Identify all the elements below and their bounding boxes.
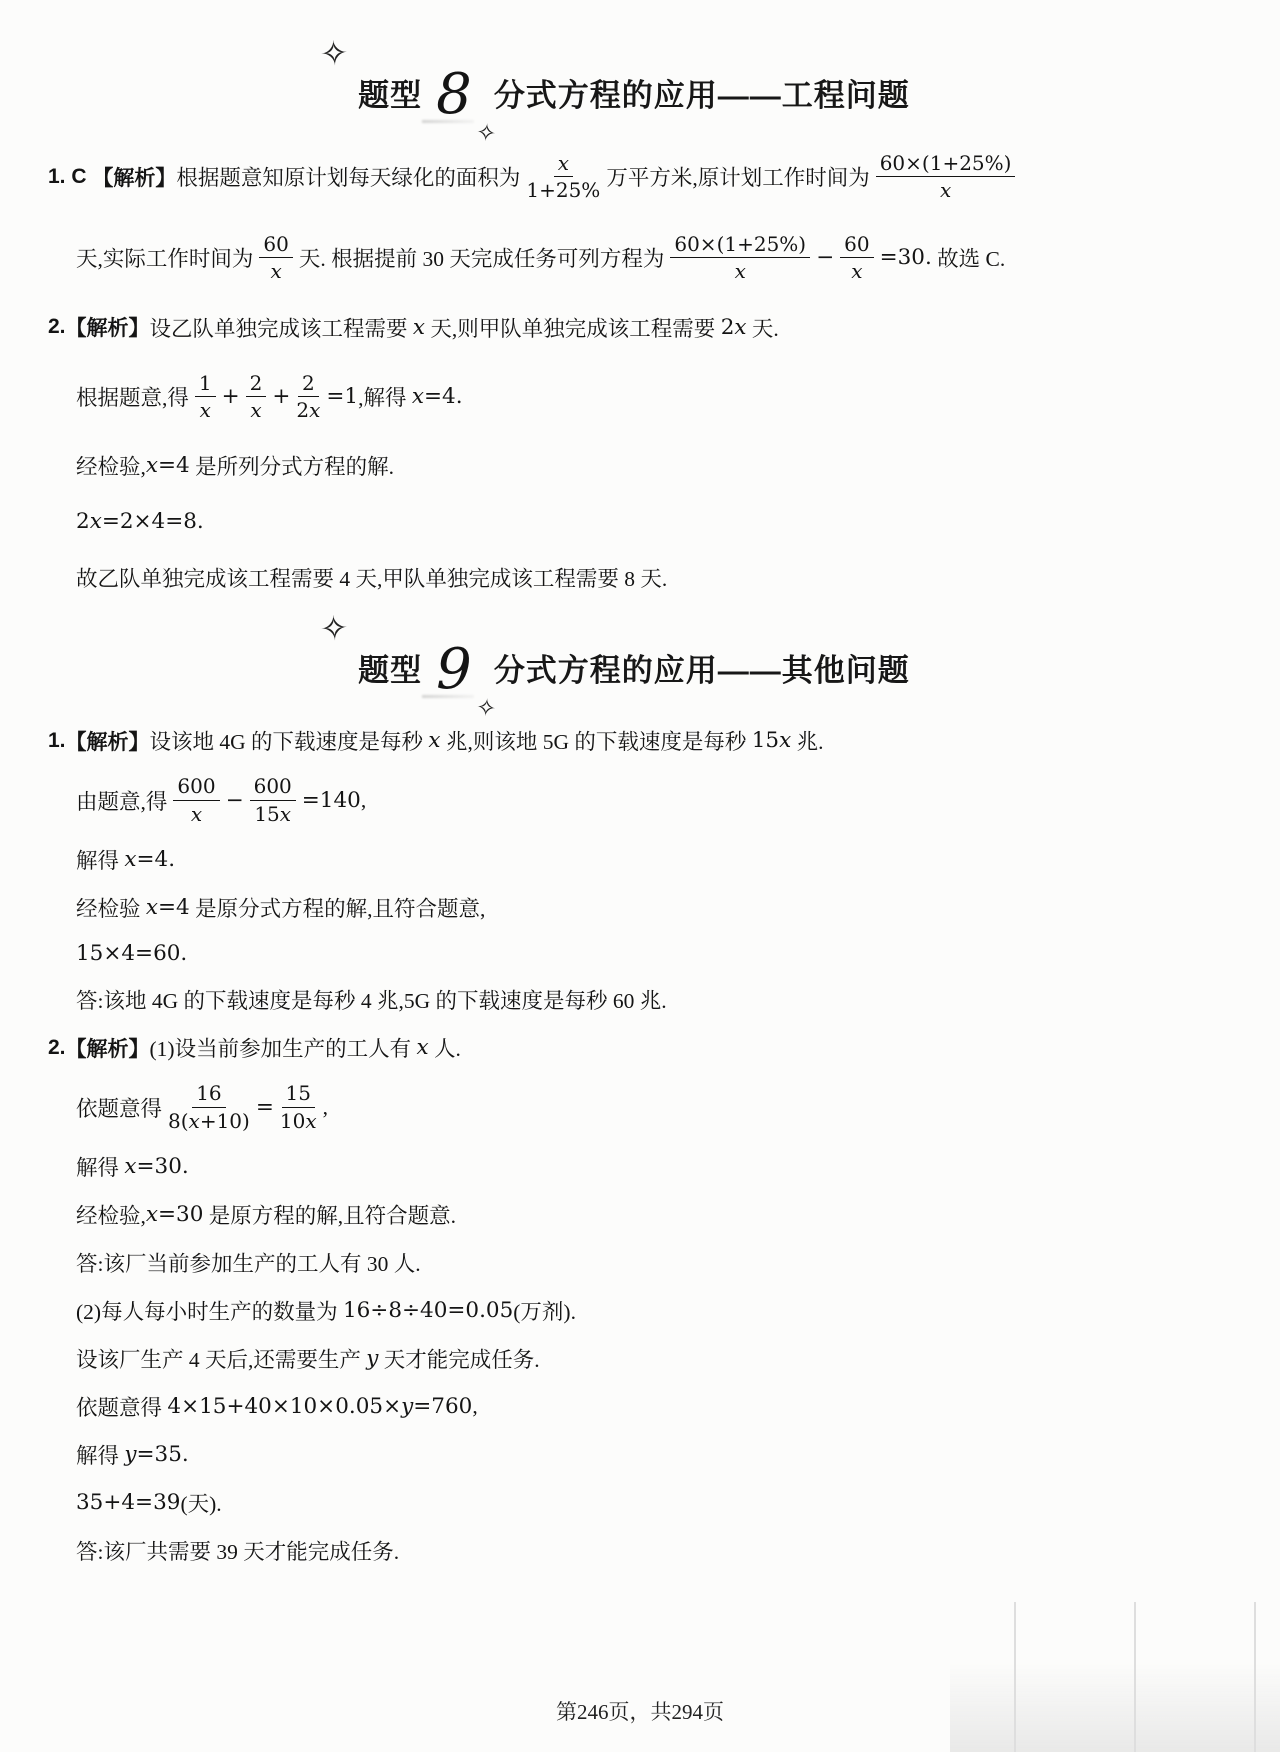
solution-line: 经检验,x=30 是原方程的解,且符合题意. bbox=[48, 1199, 1220, 1230]
solution-line: 1.【解析】设该地 4G 的下载速度是每秒 x 兆,则该地 5G 的下载速度是每… bbox=[48, 725, 1220, 756]
solution-line: 经检验,x=4 是所列分式方程的解. bbox=[48, 450, 1220, 481]
fraction: 168(x+10) bbox=[168, 1081, 250, 1133]
solution-text: 故选 C. bbox=[932, 242, 1005, 273]
fraction: 2x bbox=[246, 371, 267, 423]
solution-text: 天,则甲队单独完成该工程需要 bbox=[425, 312, 721, 343]
solution-text: 设该厂生产 4 天后,还需要生产 bbox=[76, 1343, 366, 1374]
math-text: x=30. bbox=[124, 1154, 188, 1179]
document-page: ✧ ✧ 题型 8 分式方程的应用——工程问题 1. C 【解析】根据题意知原计划… bbox=[0, 0, 1280, 1752]
math-text: 2x bbox=[721, 315, 747, 340]
math-text: 2x=2×4=8. bbox=[76, 509, 204, 534]
solution-text: 1. C bbox=[48, 165, 92, 189]
solution-line: 经检验 x=4 是原分式方程的解,且符合题意, bbox=[48, 892, 1220, 923]
math-text: x bbox=[416, 1035, 428, 1060]
solution-text: (2)每人每小时生产的数量为 bbox=[76, 1295, 343, 1326]
solution-text: 答:该地 4G 的下载速度是每秒 4 兆,5G 的下载速度是每秒 60 兆. bbox=[76, 984, 667, 1015]
solution-text: 1. bbox=[48, 729, 66, 753]
solution-text: 天,实际工作时间为 bbox=[76, 242, 253, 273]
math-text: =30. bbox=[880, 245, 932, 270]
math-text: x=4. bbox=[412, 384, 463, 409]
solution-text: 万平方米,原计划工作时间为 bbox=[606, 161, 869, 192]
solution-text: , bbox=[472, 1394, 477, 1419]
fraction: 600x bbox=[173, 774, 219, 826]
solution-text: 经检验, bbox=[76, 1199, 146, 1230]
solution-text: 是原方程的解,且符合题意. bbox=[203, 1199, 456, 1230]
math-text: y=35. bbox=[124, 1442, 188, 1467]
math-text: + bbox=[272, 384, 290, 409]
fraction: 60x bbox=[259, 232, 292, 284]
math-text: x bbox=[413, 315, 425, 340]
problem-type-9-section: ✧ ✧ 题型 9 分式方程的应用——其他问题 1.【解析】设该地 4G 的下载速… bbox=[48, 639, 1220, 1566]
solution-text: , bbox=[361, 788, 366, 813]
solution-line: 答:该厂当前参加生产的工人有 30 人. bbox=[48, 1247, 1220, 1278]
solution-text: 【解析】 bbox=[66, 312, 150, 342]
section-badge: 题型 bbox=[358, 70, 422, 115]
solution-text: 经检验 bbox=[76, 892, 146, 923]
solution-text: 根据题意,得 bbox=[76, 381, 189, 412]
math-text: − bbox=[226, 788, 244, 813]
solution-text: 答:该厂当前参加生产的工人有 30 人. bbox=[76, 1247, 421, 1278]
solution-text: 天. bbox=[747, 312, 779, 343]
solution-text: 依题意得 bbox=[76, 1092, 162, 1123]
solution-text: (万剂). bbox=[513, 1295, 576, 1326]
solution-lines: 1.【解析】设该地 4G 的下载速度是每秒 x 兆,则该地 5G 的下载速度是每… bbox=[48, 725, 1220, 1566]
section-header: ✧ ✧ 题型 9 分式方程的应用——其他问题 bbox=[48, 639, 1220, 695]
solution-line: 答:该地 4G 的下载速度是每秒 4 兆,5G 的下载速度是每秒 60 兆. bbox=[48, 984, 1220, 1015]
fraction: 60×(1+25%)x bbox=[670, 232, 810, 284]
solution-line: 故乙队单独完成该工程需要 4 天,甲队单独完成该工程需要 8 天. bbox=[48, 562, 1220, 593]
solution-text: 由题意,得 bbox=[76, 785, 167, 816]
solution-line: 1. C 【解析】根据题意知原计划每天绿化的面积为x1+25%万平方米,原计划工… bbox=[48, 150, 1220, 204]
solution-text: 是所列分式方程的解. bbox=[190, 450, 394, 481]
solution-lines: 1. C 【解析】根据题意知原计划每天绿化的面积为x1+25%万平方米,原计划工… bbox=[48, 150, 1220, 593]
sparkle-icon: ✧ bbox=[319, 37, 350, 73]
math-text: =140 bbox=[302, 788, 361, 813]
solution-text: 经检验, bbox=[76, 450, 146, 481]
math-text: x=4 bbox=[146, 895, 190, 920]
solution-text: 根据题意知原计划每天绿化的面积为 bbox=[176, 161, 520, 192]
solution-text: 2. bbox=[48, 315, 66, 339]
fraction: 1510x bbox=[280, 1081, 317, 1133]
solution-line: 解得 x=4. bbox=[48, 844, 1220, 875]
section-header: ✧ ✧ 题型 8 分式方程的应用——工程问题 bbox=[48, 64, 1220, 120]
solution-text: 天才能完成任务. bbox=[378, 1343, 539, 1374]
math-text: y bbox=[366, 1346, 378, 1371]
math-text: − bbox=[816, 245, 834, 270]
solution-text: (天). bbox=[180, 1487, 221, 1518]
solution-text: 解得 bbox=[76, 1151, 124, 1182]
solution-text: 是原分式方程的解,且符合题意, bbox=[190, 892, 486, 923]
math-text: 15×4=60. bbox=[76, 941, 187, 966]
solution-line: 2.【解析】设乙队单独完成该工程需要 x 天,则甲队单独完成该工程需要 2x 天… bbox=[48, 312, 1220, 343]
solution-text: , bbox=[323, 1095, 328, 1120]
solution-text: 答:该厂共需要 39 天才能完成任务. bbox=[76, 1535, 399, 1566]
sparkle-icon: ✧ bbox=[319, 612, 350, 648]
solution-text: 解得 bbox=[76, 844, 124, 875]
section-badge: 题型 bbox=[358, 645, 422, 690]
section-number: 8 bbox=[436, 67, 472, 123]
solution-line: 设该厂生产 4 天后,还需要生产 y 天才能完成任务. bbox=[48, 1343, 1220, 1374]
fraction: 60x bbox=[840, 232, 873, 284]
solution-text: 设该地 4G 的下载速度是每秒 bbox=[150, 725, 429, 756]
sparkle-icon: ✧ bbox=[475, 121, 498, 147]
section-title: 分式方程的应用——其他问题 bbox=[494, 645, 910, 690]
solution-text: 【解析】 bbox=[66, 726, 150, 756]
solution-line: 15×4=60. bbox=[48, 940, 1220, 967]
solution-text: 依题意得 bbox=[76, 1391, 167, 1422]
math-text: =1 bbox=[326, 384, 358, 409]
solution-text: 解得 bbox=[76, 1439, 124, 1470]
solution-line: 依题意得168(x+10)=1510x, bbox=[48, 1080, 1220, 1134]
solution-line: 解得 y=35. bbox=[48, 1439, 1220, 1470]
math-text: x=30 bbox=[146, 1202, 204, 1227]
scan-artifact bbox=[950, 1602, 1280, 1752]
solution-line: 答:该厂共需要 39 天才能完成任务. bbox=[48, 1535, 1220, 1566]
fraction: 60×(1+25%)x bbox=[876, 151, 1016, 203]
solution-text: 人. bbox=[429, 1032, 461, 1063]
section-number: 9 bbox=[436, 642, 472, 698]
math-text: 35+4=39 bbox=[76, 1490, 180, 1515]
section-header-inner: ✧ ✧ 题型 9 分式方程的应用——其他问题 bbox=[358, 639, 910, 695]
solution-text: 2. bbox=[48, 1036, 66, 1060]
solution-text: 兆. bbox=[791, 725, 823, 756]
solution-line: 天,实际工作时间为60x天. 根据提前 30 天完成任务可列方程为60×(1+2… bbox=[48, 231, 1220, 285]
solution-text: 设乙队单独完成该工程需要 bbox=[150, 312, 413, 343]
math-text: x bbox=[428, 728, 440, 753]
fraction: 22x bbox=[296, 371, 320, 423]
solution-line: 35+4=39(天). bbox=[48, 1487, 1220, 1518]
math-text: = bbox=[256, 1095, 274, 1120]
math-text: 16÷8÷40=0.05 bbox=[343, 1298, 513, 1323]
solution-text: 【解析】 bbox=[66, 1033, 150, 1063]
math-text: 4×15+40×10×0.05×y=760 bbox=[167, 1394, 472, 1419]
solution-line: 依题意得 4×15+40×10×0.05×y=760, bbox=[48, 1391, 1220, 1422]
page-content: ✧ ✧ 题型 8 分式方程的应用——工程问题 1. C 【解析】根据题意知原计划… bbox=[0, 0, 1280, 1566]
problem-type-8-section: ✧ ✧ 题型 8 分式方程的应用——工程问题 1. C 【解析】根据题意知原计划… bbox=[48, 64, 1220, 593]
solution-line: 根据题意,得1x+2x+22x=1,解得 x=4. bbox=[48, 370, 1220, 424]
fraction: x1+25% bbox=[526, 151, 600, 203]
solution-line: (2)每人每小时生产的数量为 16÷8÷40=0.05(万剂). bbox=[48, 1295, 1220, 1326]
section-header-inner: ✧ ✧ 题型 8 分式方程的应用——工程问题 bbox=[358, 64, 910, 120]
solution-text: 天. 根据提前 30 天完成任务可列方程为 bbox=[299, 242, 665, 273]
solution-text: 【解析】 bbox=[92, 162, 176, 192]
solution-text: 故乙队单独完成该工程需要 4 天,甲队单独完成该工程需要 8 天. bbox=[76, 562, 667, 593]
math-text: 15x bbox=[752, 728, 792, 753]
math-text: x=4. bbox=[124, 847, 175, 872]
solution-line: 由题意,得600x−60015x=140, bbox=[48, 773, 1220, 827]
fraction: 60015x bbox=[250, 774, 296, 826]
section-title: 分式方程的应用——工程问题 bbox=[494, 70, 910, 115]
solution-line: 2x=2×4=8. bbox=[48, 508, 1220, 535]
sparkle-icon: ✧ bbox=[475, 696, 498, 722]
solution-text: 兆,则该地 5G 的下载速度是每秒 bbox=[441, 725, 752, 756]
solution-text: ,解得 bbox=[358, 381, 412, 412]
math-text: + bbox=[222, 384, 240, 409]
solution-text: (1)设当前参加生产的工人有 bbox=[150, 1032, 417, 1063]
page-footer: 第246页，共294页 bbox=[0, 1696, 1280, 1726]
solution-line: 2.【解析】(1)设当前参加生产的工人有 x 人. bbox=[48, 1032, 1220, 1063]
fraction: 1x bbox=[195, 371, 216, 423]
math-text: x=4 bbox=[146, 453, 190, 478]
solution-line: 解得 x=30. bbox=[48, 1151, 1220, 1182]
